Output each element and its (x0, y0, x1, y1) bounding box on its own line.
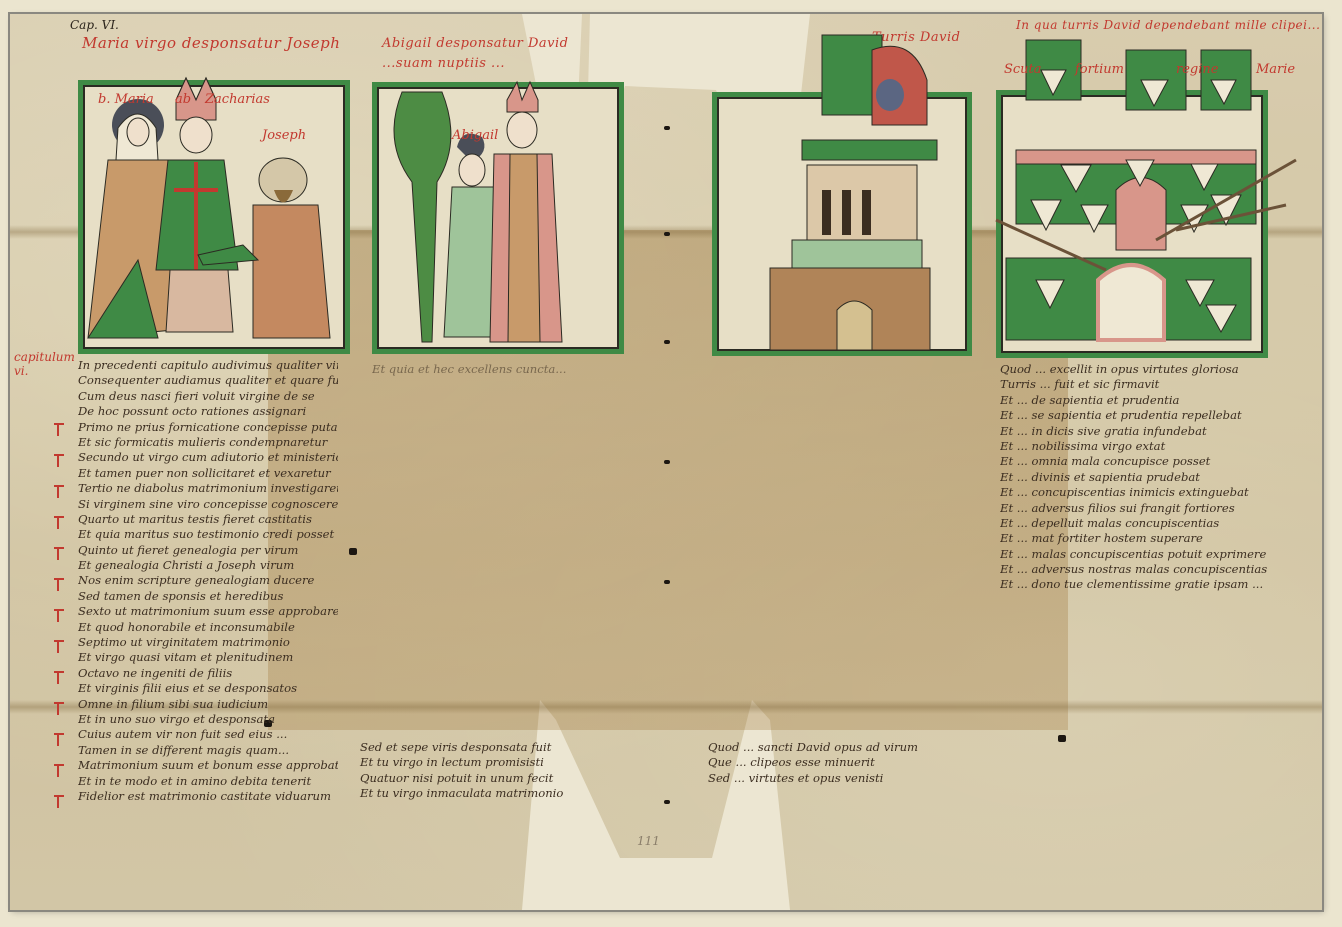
text-line: Et quod honorabile et inconsumabile (78, 620, 338, 635)
label-scuta: Scuta (1004, 62, 1042, 77)
text-line: Et tamen puer non sollicitaret et vexare… (78, 466, 338, 481)
text-line: Omne in filium sibi sua iudicium (78, 697, 338, 712)
text-column-4: Quod ... excellit in opus virtutes glori… (1000, 362, 1270, 593)
text-column-1: In precedenti capitulo audivimus qualite… (78, 358, 338, 804)
text-line: Que ... clipeos esse minuerit (708, 755, 948, 770)
text-column-2-bottom: Sed et sepe viris desponsata fuit Et tu … (360, 740, 600, 802)
text-line: In precedenti capitulo audivimus qualite… (78, 358, 338, 373)
text-line: Cum deus nasci fieri voluit virgine de s… (78, 389, 338, 404)
text-line: Et ... adversus nostras malas concupisce… (1000, 562, 1270, 577)
text-line: Cuius autem vir non fuit sed eius ... (78, 727, 338, 742)
text-line: Sed tamen de sponsis et heredibus (78, 589, 338, 604)
text-line: Septimo ut virginitatem matrimonio (78, 635, 338, 650)
text-line: Et ... omnia mala concupisce posset (1000, 454, 1270, 469)
text-line: Nos enim scripture genealogiam ducere (78, 573, 338, 588)
hole-mark (664, 232, 670, 236)
text-column-2: Et quia et hec excellens cuncta... (372, 362, 572, 377)
hole-mark (664, 800, 670, 804)
text-line: Fidelior est matrimonio castitate viduar… (78, 789, 338, 804)
hole-mark (664, 460, 670, 464)
text-line: Matrimonium suum et bonum esse approbat (78, 758, 338, 773)
text-line: Si virginem sine viro concepisse cognosc… (78, 497, 338, 512)
text-line: Quarto ut maritus testis fieret castitat… (78, 512, 338, 527)
rubric-col1: Maria virgo desponsatur Joseph (82, 34, 340, 52)
text-line: Sed ... virtutes et opus venisti (708, 771, 948, 786)
text-line: Quod ... sancti David opus ad virum (708, 740, 948, 755)
text-line: Et ... divinis et sapientia prudebat (1000, 470, 1270, 485)
text-line: Et sic formicatis mulieris condempnaretu… (78, 435, 338, 450)
text-line: Quod ... excellit in opus virtutes glori… (1000, 362, 1270, 377)
hole-mark (664, 580, 670, 584)
text-line: Et genealogia Christi a Joseph virum (78, 558, 338, 573)
chapter-mark: Cap. VI. (70, 18, 119, 32)
text-line: Et in te modo et in amino debita tenerit (78, 774, 338, 789)
text-line: Et ... adversus filios sui frangit forti… (1000, 501, 1270, 516)
text-line: Et tu virgo in lectum promisisti (360, 755, 600, 770)
label-abigail: Abigail (452, 128, 498, 143)
text-line: Turris ... fuit et sic firmavit (1000, 377, 1270, 392)
text-line: De hoc possunt octo rationes assignari (78, 404, 338, 419)
label-mary: b. Maria (98, 92, 154, 107)
text-line: Octavo ne ingeniti de filiis (78, 666, 338, 681)
text-line: Sed et sepe viris desponsata fuit (360, 740, 600, 755)
text-line: Et ... de sapientia et prudentia (1000, 393, 1270, 408)
text-line: Secundo ut virgo cum adiutorio et minist… (78, 450, 338, 465)
folio-mark: 111 (637, 834, 660, 848)
label-fortium: fortium (1075, 62, 1124, 77)
text-line: Et ... nobilissima virgo extat (1000, 439, 1270, 454)
text-line: Et ... dono tue clementissime gratie ips… (1000, 577, 1270, 592)
tower-of-david (712, 30, 972, 350)
shields-tower (996, 40, 1276, 340)
text-line: Consequenter audiamus qualiter et quare … (78, 373, 338, 388)
abigail-figures (372, 82, 622, 352)
rubric-col4: In qua turris David dependebant mille cl… (1016, 18, 1320, 32)
pilcrow-marks-col1 (50, 358, 80, 818)
hole-mark (664, 126, 670, 130)
text-line: Sexto ut matrimonium suum esse approbare… (78, 604, 338, 619)
text-line: Tamen in se different magis quam... (78, 743, 338, 758)
label-marie: Marie (1256, 62, 1295, 77)
text-line: Quinto ut fieret genealogia per virum (78, 543, 338, 558)
text-line: Tertio ne diabolus matrimonium investiga… (78, 481, 338, 496)
label-joseph: Joseph (262, 128, 306, 143)
label-regine: regine (1176, 62, 1218, 77)
rubric-col2-line1: Abigail desponsatur David (382, 36, 568, 51)
text-line: Et quia et hec excellens cuncta... (372, 362, 572, 377)
text-line: Et ... in dicis sive gratia infundebat (1000, 424, 1270, 439)
betrothal-figures (78, 80, 348, 350)
text-column-3-bottom: Quod ... sancti David opus ad virum Que … (708, 740, 948, 786)
text-line: Et ... malas concupiscentias potuit expr… (1000, 547, 1270, 562)
text-line: Et ... depelluit malas concupiscentias (1000, 516, 1270, 531)
text-line: Et ... se sapientia et prudentia repelle… (1000, 408, 1270, 423)
text-line: Et ... mat fortiter hostem superare (1000, 531, 1270, 546)
text-line: Quatuor nisi potuit in unum fecit (360, 771, 600, 786)
rubric-col2-line2: ...suam nuptiis ... (382, 56, 505, 71)
text-line: Et in uno suo virgo et desponsata (78, 712, 338, 727)
text-line: Et ... concupiscentias inimicis extingue… (1000, 485, 1270, 500)
hole-mark (349, 548, 357, 555)
text-line: Et quia maritus suo testimonio credi pos… (78, 527, 338, 542)
label-zacharias: Zacharias (205, 92, 270, 107)
text-line: Et virginis filii eius et se desponsatos (78, 681, 338, 696)
label-ab: ab (175, 92, 191, 107)
hole-mark (664, 340, 670, 344)
text-line: Primo ne prius fornicatione concepisse p… (78, 420, 338, 435)
text-line: Et tu virgo inmaculata matrimonio (360, 786, 600, 801)
text-line: Et virgo quasi vitam et plenitudinem (78, 650, 338, 665)
hole-mark (1058, 735, 1066, 742)
